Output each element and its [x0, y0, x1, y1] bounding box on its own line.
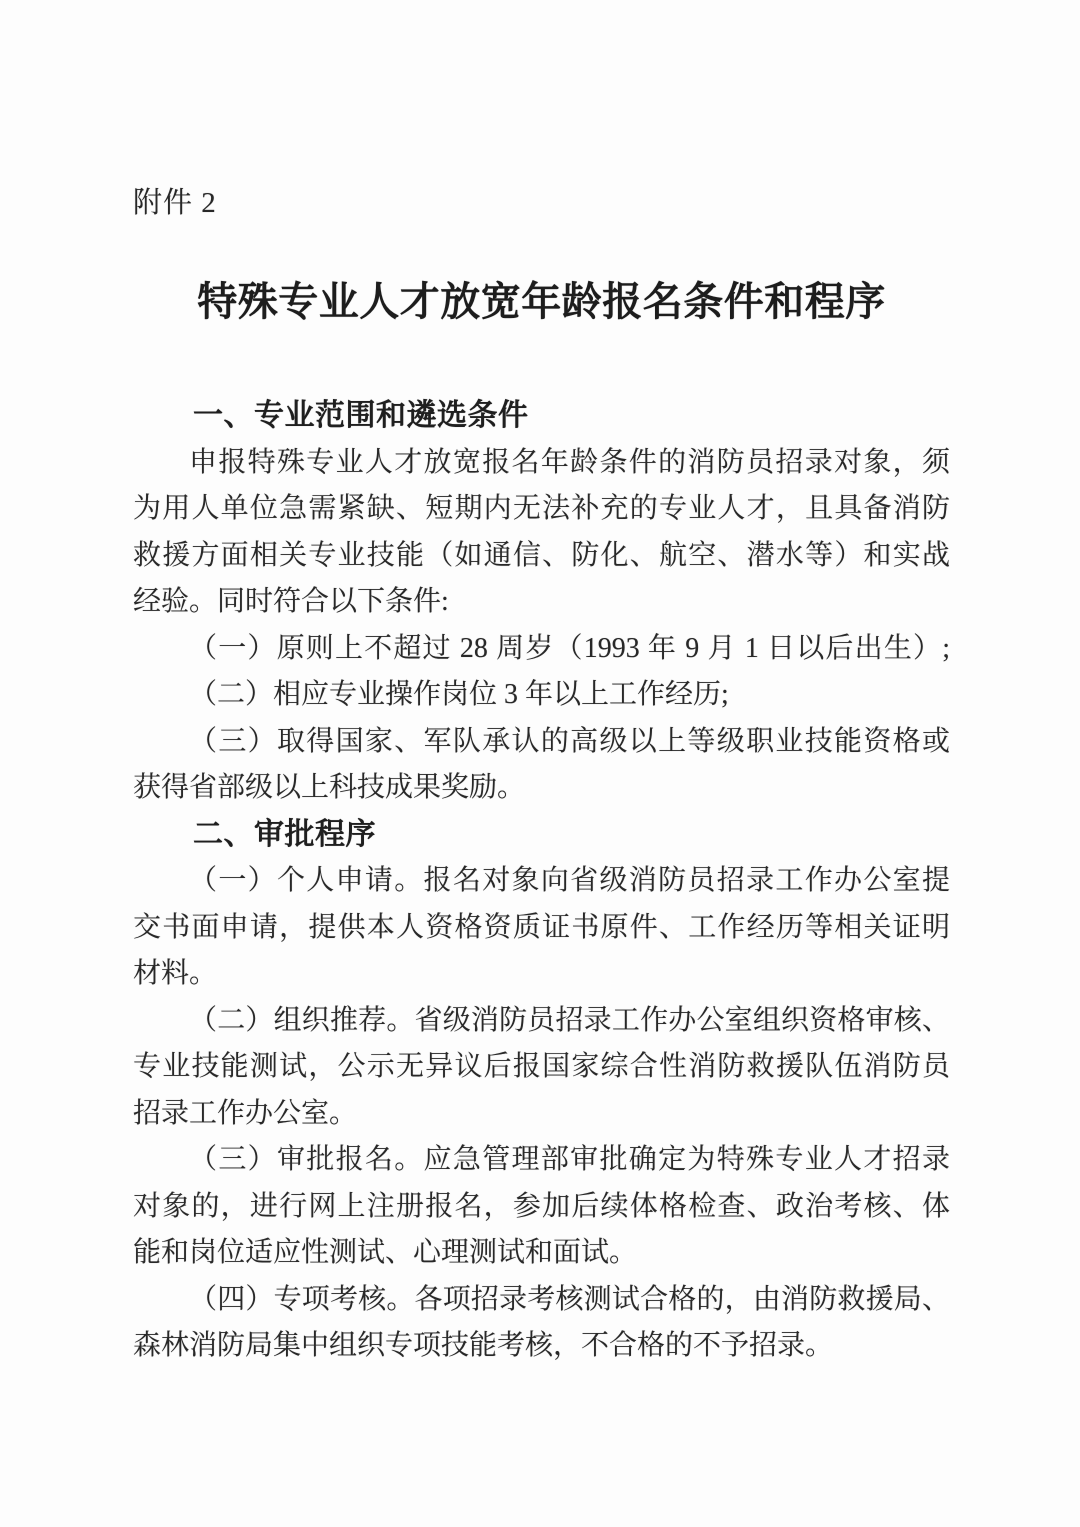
- text-line: 能和岗位适应性测试、心理测试和面试。: [133, 1230, 950, 1277]
- text-line: 为用人单位急需紧缺、短期内无法补充的专业人才，且具备消防: [133, 486, 950, 533]
- attachment-label: 附件 2: [133, 188, 950, 218]
- text-line: 交书面申请，提供本人资格资质证书原件、工作经历等相关证明: [133, 905, 950, 952]
- document-title: 特殊专业人才放宽年龄报名条件和程序: [133, 278, 950, 326]
- section-1-heading: 一、专业范围和遴选条件: [133, 393, 950, 440]
- text-line: 招录工作办公室。: [133, 1091, 950, 1138]
- section-2-heading: 二、审批程序: [133, 812, 950, 859]
- text-line: 专业技能测试，公示无异议后报国家综合性消防救援队伍消防员: [133, 1044, 950, 1091]
- text-line: （二）组织推荐。省级消防员招录工作办公室组织资格审核、: [133, 998, 950, 1045]
- condition-item-3: （三）取得国家、军队承认的高级以上等级职业技能资格或 获得省部级以上科技成果奖励…: [133, 719, 950, 812]
- text-line: （三）审批报名。应急管理部审批确定为特殊专业人才招录: [133, 1137, 950, 1184]
- condition-item-1: （一）原则上不超过 28 周岁（1993 年 9 月 1 日以后出生）;: [133, 626, 950, 673]
- text-line: 申报特殊专业人才放宽报名年龄条件的消防员招录对象，须: [133, 440, 950, 487]
- section-scope-and-conditions: 一、专业范围和遴选条件 申报特殊专业人才放宽报名年龄条件的消防员招录对象，须 为…: [133, 393, 950, 812]
- procedure-item-2: （二）组织推荐。省级消防员招录工作办公室组织资格审核、 专业技能测试，公示无异议…: [133, 998, 950, 1138]
- condition-item-2: （二）相应专业操作岗位 3 年以上工作经历;: [133, 672, 950, 719]
- section-approval-procedure: 二、审批程序 （一）个人申请。报名对象向省级消防员招录工作办公室提 交书面申请，…: [133, 812, 950, 1370]
- text-line: （一）原则上不超过 28 周岁（1993 年 9 月 1 日以后出生）;: [133, 626, 950, 673]
- text-line: （二）相应专业操作岗位 3 年以上工作经历;: [133, 672, 950, 719]
- paragraph-intro: 申报特殊专业人才放宽报名年龄条件的消防员招录对象，须 为用人单位急需紧缺、短期内…: [133, 440, 950, 626]
- text-line: 经验。同时符合以下条件:: [133, 579, 950, 626]
- procedure-item-1: （一）个人申请。报名对象向省级消防员招录工作办公室提 交书面申请，提供本人资格资…: [133, 858, 950, 998]
- text-line: （一）个人申请。报名对象向省级消防员招录工作办公室提: [133, 858, 950, 905]
- procedure-item-4: （四）专项考核。各项招录考核测试合格的，由消防救援局、 森林消防局集中组织专项技…: [133, 1277, 950, 1370]
- text-line: 材料。: [133, 951, 950, 998]
- text-line: 对象的，进行网上注册报名，参加后续体格检查、政治考核、体: [133, 1184, 950, 1231]
- text-line: 森林消防局集中组织专项技能考核，不合格的不予招录。: [133, 1323, 950, 1370]
- text-line: （三）取得国家、军队承认的高级以上等级职业技能资格或: [133, 719, 950, 766]
- text-line: 获得省部级以上科技成果奖励。: [133, 765, 950, 812]
- text-line: （四）专项考核。各项招录考核测试合格的，由消防救援局、: [133, 1277, 950, 1324]
- text-line: 救援方面相关专业技能（如通信、防化、航空、潜水等）和实战: [133, 533, 950, 580]
- document-page: 附件 2 特殊专业人才放宽年龄报名条件和程序 一、专业范围和遴选条件 申报特殊专…: [0, 0, 1080, 1527]
- procedure-item-3: （三）审批报名。应急管理部审批确定为特殊专业人才招录 对象的，进行网上注册报名，…: [133, 1137, 950, 1277]
